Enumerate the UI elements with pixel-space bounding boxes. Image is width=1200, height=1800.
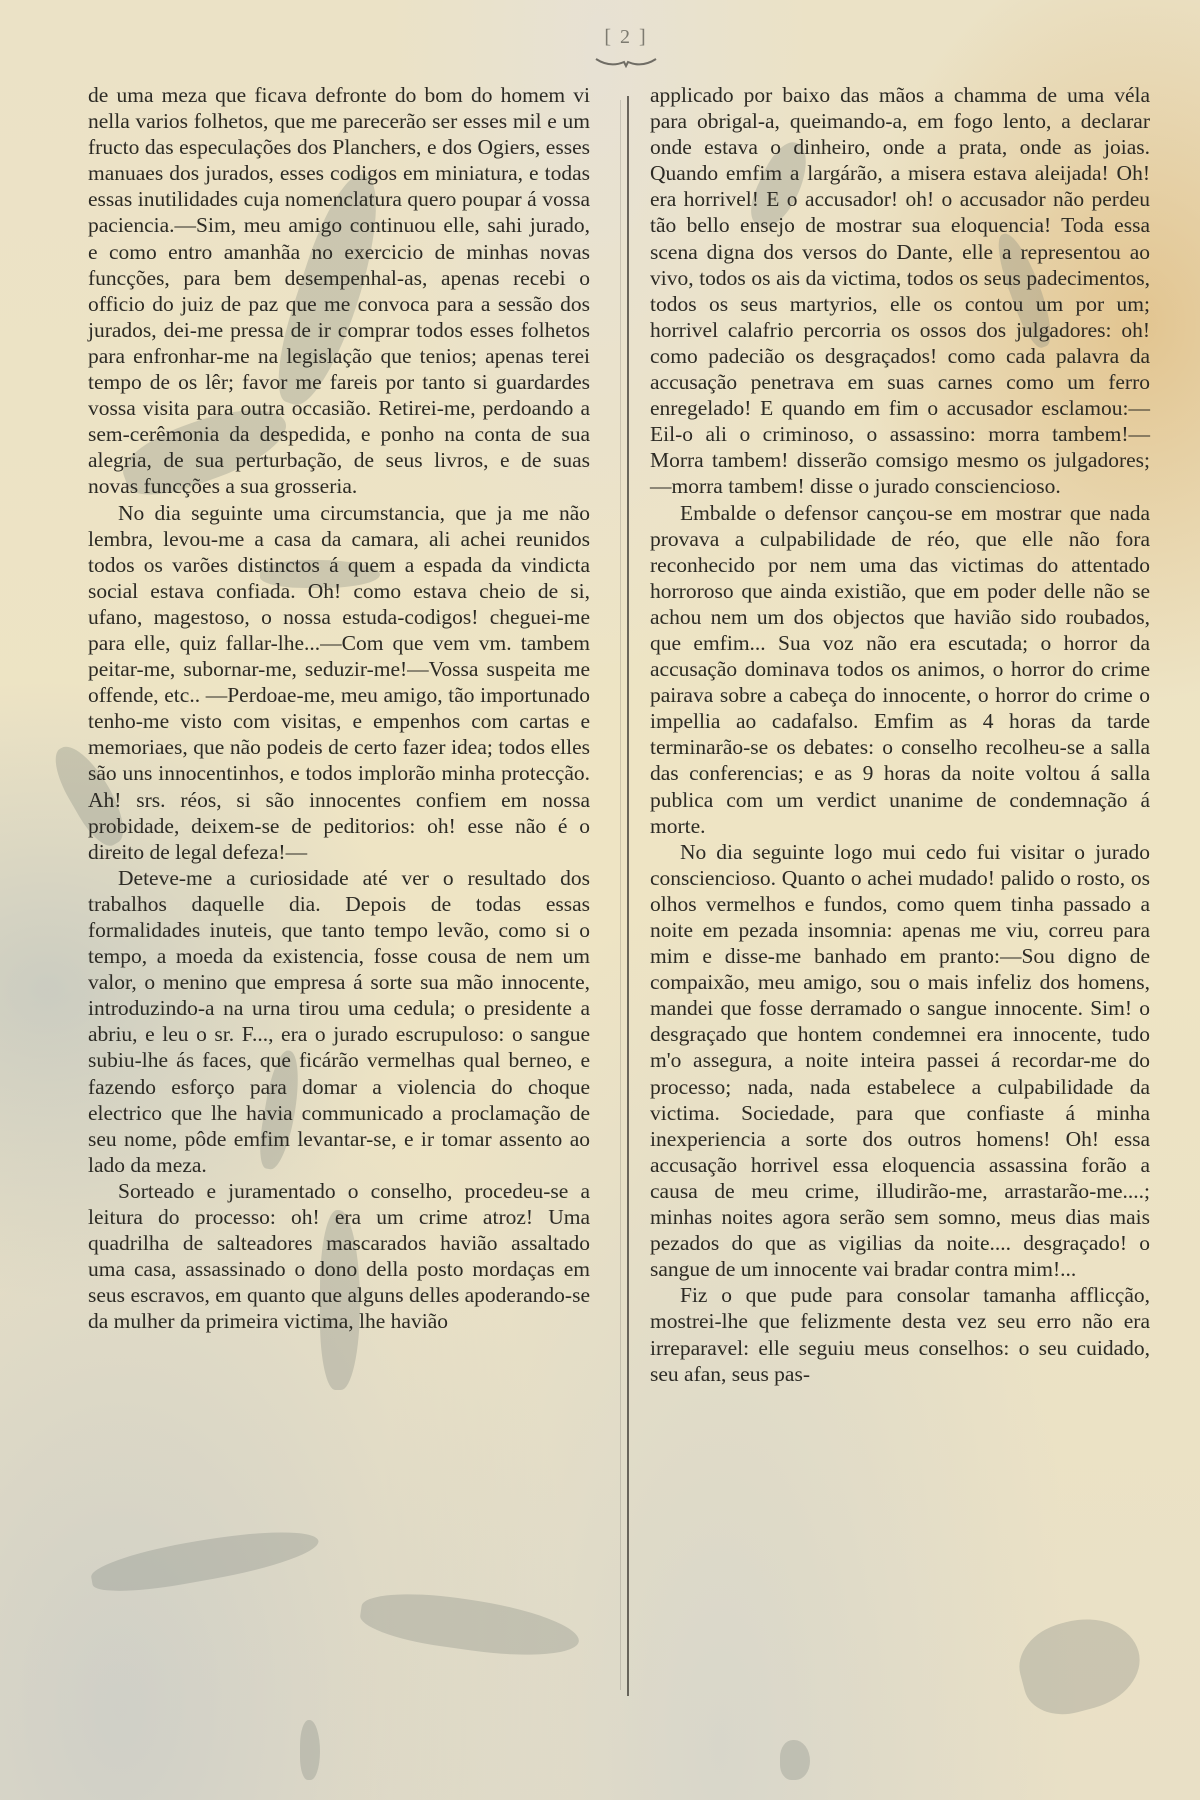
left-paragraph-4: Sorteado e juramentado o conselho, proce… (88, 1178, 590, 1335)
right-paragraph-4: Fiz o que pude para consolar tamanha aff… (650, 1282, 1150, 1386)
left-column: de uma meza que ficava defronte do bom d… (88, 82, 590, 1335)
page-number-ornament-icon (594, 56, 658, 68)
water-stain (780, 1740, 810, 1780)
column-divider-rule (627, 96, 629, 1696)
right-paragraph-1: applicado por baixo das mãos a chamma de… (650, 82, 1150, 500)
right-paragraph-2: Embalde o defensor cançou-se em mostrar … (650, 500, 1150, 839)
right-column: applicado por baixo das mãos a chamma de… (650, 82, 1150, 1387)
column-guide (620, 100, 621, 1690)
left-paragraph-3: Deteve-me a curiosidade até ver o result… (88, 865, 590, 1178)
page-number: [ 2 ] (596, 26, 656, 49)
left-paragraph-1: de uma meza que ficava defronte do bom d… (88, 82, 590, 500)
right-paragraph-3: No dia seguinte logo mui cedo fui visita… (650, 839, 1150, 1283)
left-paragraph-2: No dia seguinte uma circumstancia, que j… (88, 500, 590, 865)
water-stain (300, 1720, 320, 1780)
